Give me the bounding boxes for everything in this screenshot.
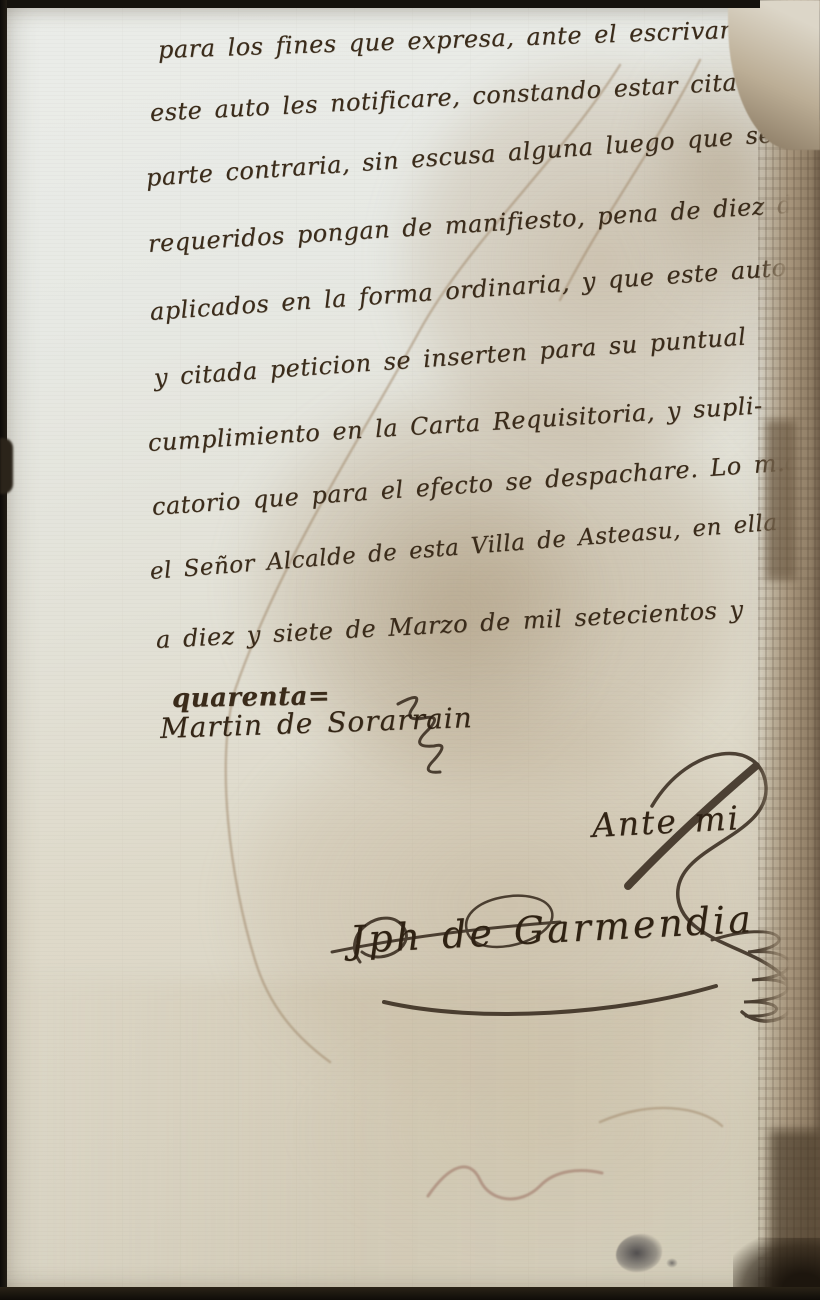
page-edge-shadow	[766, 420, 796, 580]
manuscript-scan: 931 para los fines que expresa, ante el …	[0, 0, 820, 1300]
page-edges-right	[758, 0, 820, 1300]
binding-edge-top	[0, 0, 760, 8]
ink-speck	[666, 1258, 678, 1268]
binding-notch	[0, 438, 13, 494]
ante-mi-attestation: Ante mi	[591, 798, 741, 845]
page-edge-streaks	[758, 0, 820, 1300]
binding-edge-left	[0, 0, 7, 1300]
binding-edge-bottom	[0, 1287, 820, 1300]
